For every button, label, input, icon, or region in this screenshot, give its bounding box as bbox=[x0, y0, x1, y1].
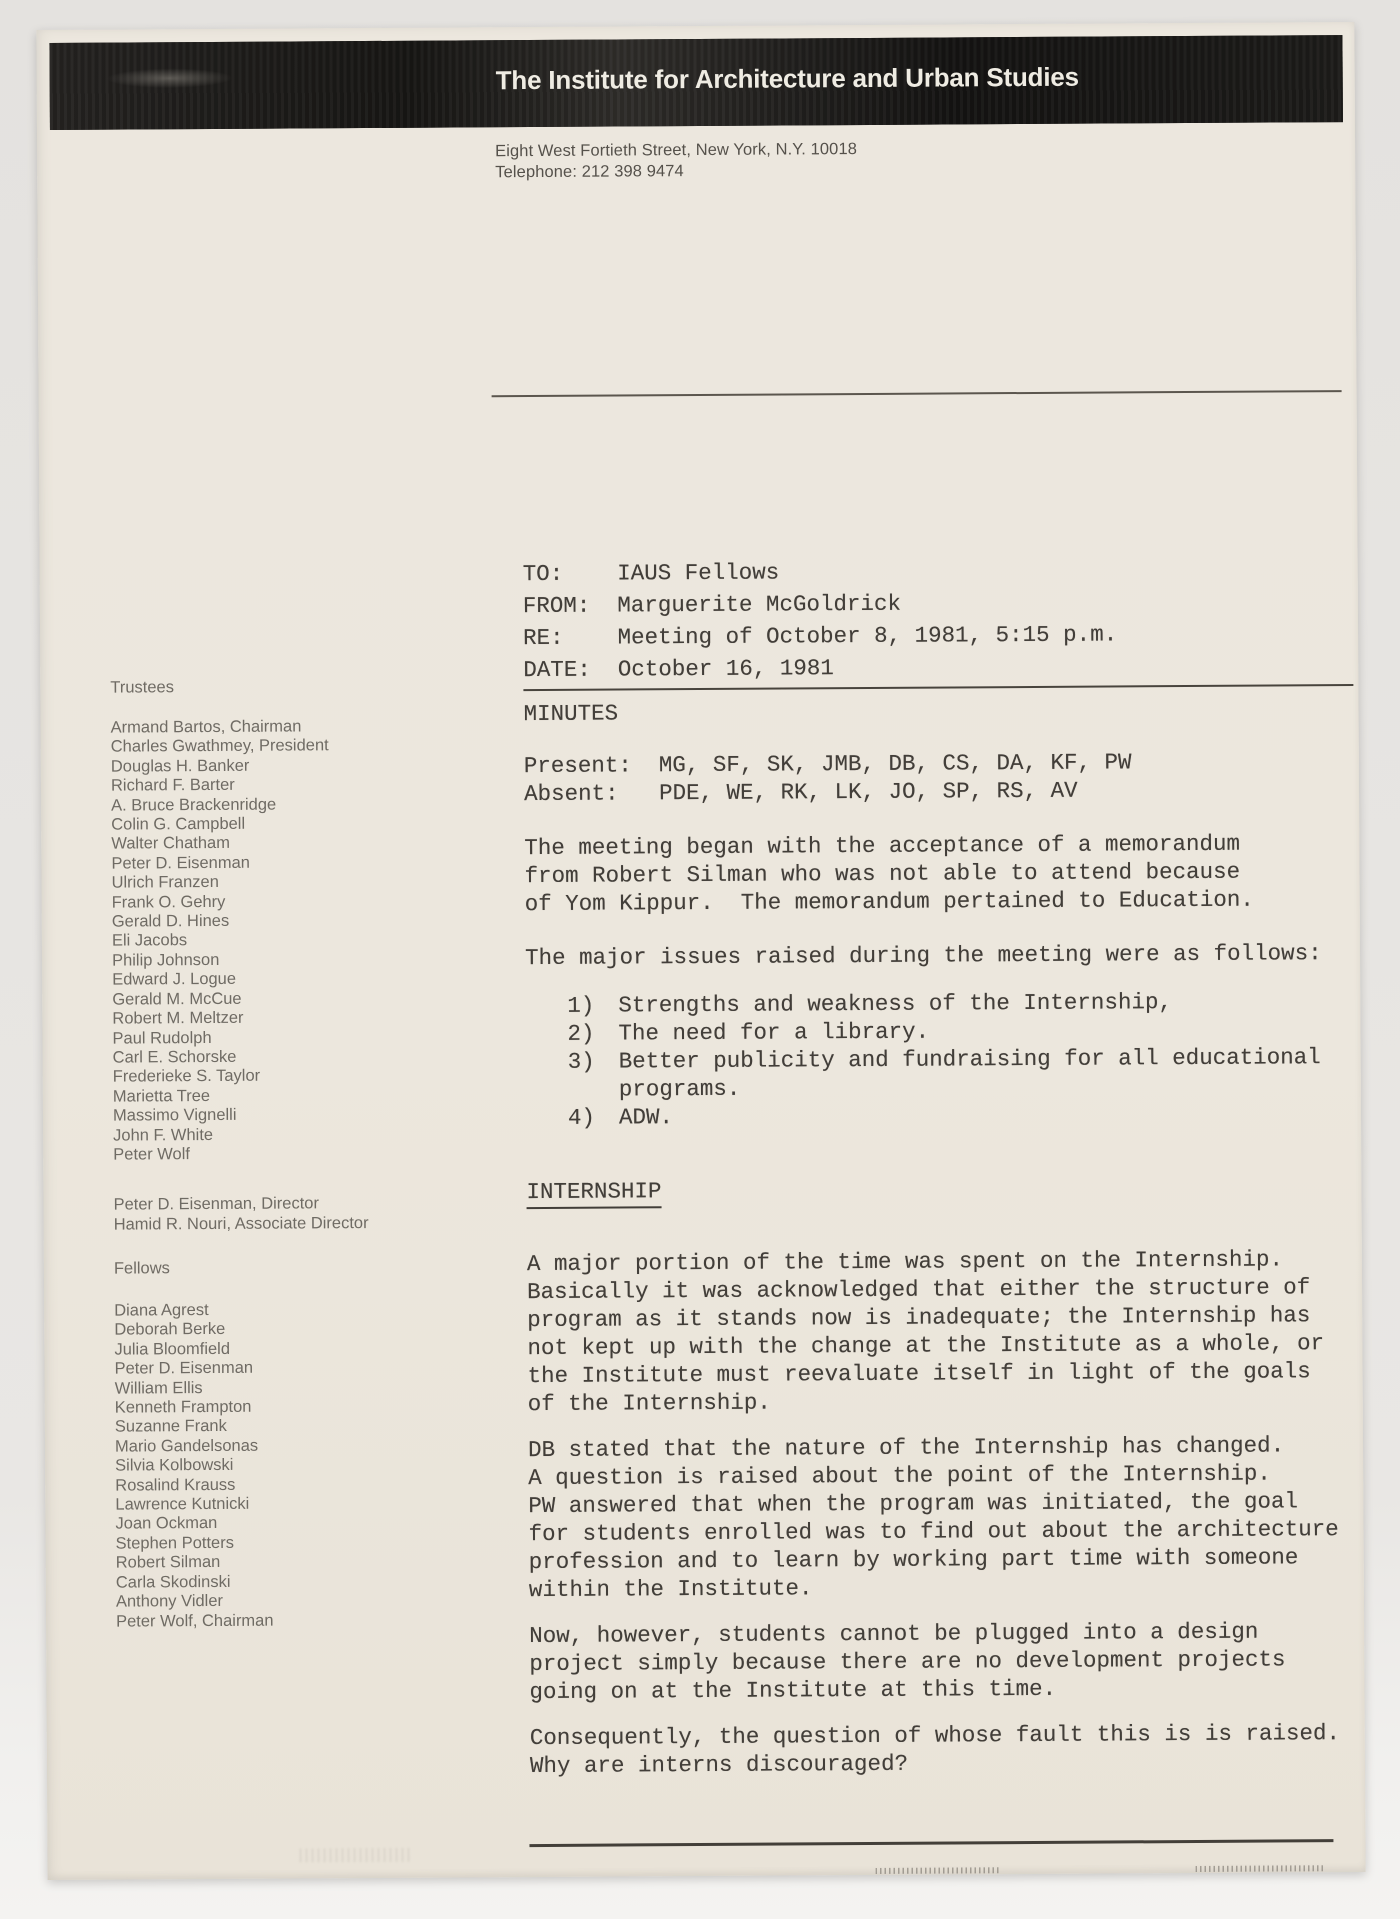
paragraph-issues-intro: The major issues raised during the meeti… bbox=[525, 939, 1355, 972]
trustee-name: Douglas H. Banker bbox=[111, 755, 471, 777]
fellow-name: Julia Bloomfield bbox=[114, 1338, 474, 1360]
trustee-name: Robert M. Meltzer bbox=[112, 1007, 472, 1029]
scan-artifact-smudge bbox=[299, 1848, 409, 1863]
fellow-name: Suzanne Frank bbox=[115, 1416, 475, 1438]
fellow-name: Mario Gandelsonas bbox=[115, 1435, 475, 1457]
internship-section: A major portion of the time was spent on… bbox=[527, 1245, 1360, 1780]
issue-text: Strengths and weakness of the Internship… bbox=[618, 988, 1172, 1019]
issue-number: 4) bbox=[568, 1104, 619, 1132]
memo-body: TO: IAUS Fellows FROM: Marguerite McGold… bbox=[523, 553, 1360, 1780]
trustee-name: Paul Rudolph bbox=[112, 1027, 472, 1049]
internship-heading: INTERNSHIP bbox=[526, 1173, 1356, 1206]
fellow-name: Stephen Potters bbox=[116, 1532, 476, 1554]
memo-header-value: Meeting of October 8, 1981, 5:15 p.m. bbox=[617, 618, 1117, 653]
trustee-name: Gerald M. McCue bbox=[112, 988, 472, 1010]
directors-list: Peter D. Eisenman, DirectorHamid R. Nour… bbox=[113, 1192, 473, 1234]
memo-header-label: TO: bbox=[523, 558, 618, 591]
fellow-name: Diana Agrest bbox=[114, 1299, 474, 1321]
memo-header-row: RE: Meeting of October 8, 1981, 5:15 p.m… bbox=[523, 617, 1353, 654]
internship-heading-text: INTERNSHIP bbox=[526, 1178, 661, 1209]
fellows-heading: Fellows bbox=[114, 1257, 474, 1279]
top-divider bbox=[492, 390, 1342, 397]
trustee-name: Colin G. Campbell bbox=[111, 813, 471, 835]
fellow-name: Lawrence Kutnicki bbox=[115, 1493, 475, 1515]
memo-header-value: Marguerite McGoldrick bbox=[617, 588, 901, 622]
attendance-row: Absent: PDE, WE, RK, LK, JO, SP, RS, AV bbox=[524, 775, 1354, 808]
trustees-heading: Trustees bbox=[110, 676, 470, 698]
issue-number: 3) bbox=[568, 1048, 619, 1104]
attendance-label: Present: bbox=[524, 751, 659, 780]
director-name: Peter D. Eisenman, Director bbox=[113, 1192, 473, 1214]
issue-text: Better publicity and fundraising for all… bbox=[619, 1043, 1321, 1103]
document-page: The Institute for Architecture and Urban… bbox=[36, 22, 1365, 1880]
memo-header-label: DATE: bbox=[523, 654, 618, 687]
fellow-name: Robert Silman bbox=[116, 1552, 476, 1574]
trustee-name: Carl E. Schorske bbox=[113, 1046, 473, 1068]
issue-item: 4) ADW. bbox=[526, 1099, 1356, 1132]
fellow-name: Anthony Vidler bbox=[116, 1590, 476, 1612]
trustee-name: Peter Wolf bbox=[113, 1143, 473, 1165]
fellow-name: Rosalind Krauss bbox=[115, 1474, 475, 1496]
trustee-name: Walter Chatham bbox=[111, 833, 471, 855]
fellow-name: Silvia Kolbowski bbox=[115, 1455, 475, 1477]
memo-header-label: FROM: bbox=[523, 590, 618, 623]
memo-header-row: FROM: Marguerite McGoldrick bbox=[523, 585, 1353, 622]
fellow-name: Peter Wolf, Chairman bbox=[116, 1610, 476, 1632]
director-name: Hamid R. Nouri, Associate Director bbox=[114, 1212, 474, 1234]
issue-text: The need for a library. bbox=[618, 1018, 929, 1048]
memo-header-row: TO: IAUS Fellows bbox=[523, 553, 1353, 590]
attendance-value: MG, SF, SK, JMB, DB, CS, DA, KF, PW bbox=[659, 748, 1132, 779]
fellow-name: William Ellis bbox=[115, 1377, 475, 1399]
trustee-name: John F. White bbox=[113, 1124, 473, 1146]
memo-header-label: RE: bbox=[523, 622, 618, 655]
fellow-name: Peter D. Eisenman bbox=[114, 1358, 474, 1380]
scan-artifact-dots-left bbox=[876, 1867, 1000, 1874]
internship-paragraph: DB stated that the nature of the Interns… bbox=[528, 1431, 1359, 1604]
attendance-block: Present: MG, SF, SK, JMB, DB, CS, DA, KF… bbox=[524, 747, 1354, 808]
issue-number: 1) bbox=[567, 992, 618, 1020]
issue-item: 3) Better publicity and fundraising for … bbox=[526, 1043, 1356, 1104]
trustee-name: Ulrich Franzen bbox=[112, 872, 472, 894]
attendance-label: Absent: bbox=[524, 779, 659, 808]
internship-paragraph: A major portion of the time was spent on… bbox=[527, 1245, 1358, 1418]
fellow-name: Kenneth Frampton bbox=[115, 1396, 475, 1418]
trustee-name: Gerald D. Hines bbox=[112, 910, 472, 932]
trustees-list: Armand Bartos, ChairmanCharles Gwathmey,… bbox=[111, 716, 474, 1165]
letterhead-banner: The Institute for Architecture and Urban… bbox=[49, 35, 1343, 130]
trustee-name: Eli Jacobs bbox=[112, 930, 472, 952]
trustee-name: Richard F. Barter bbox=[111, 775, 471, 797]
memo-header-row: DATE: October 16, 1981 bbox=[523, 649, 1353, 686]
memo-header-value: October 16, 1981 bbox=[618, 652, 834, 685]
attendance-value: PDE, WE, RK, LK, JO, SP, RS, AV bbox=[659, 777, 1078, 808]
trustee-name: Peter D. Eisenman bbox=[111, 852, 471, 874]
letterhead-address: Eight West Fortieth Street, New York, N.… bbox=[495, 139, 857, 183]
fellow-name: Deborah Berke bbox=[114, 1319, 474, 1341]
scan-artifact-dots-right bbox=[1196, 1865, 1326, 1872]
trustee-name: Armand Bartos, Chairman bbox=[111, 716, 471, 738]
trustee-name: Philip Johnson bbox=[112, 949, 472, 971]
memo-header-value: IAUS Fellows bbox=[617, 557, 779, 590]
issue-text: ADW. bbox=[619, 1103, 673, 1131]
trustee-name: Marietta Tree bbox=[113, 1085, 473, 1107]
trustee-name: Massimo Vignelli bbox=[113, 1105, 473, 1127]
bottom-divider bbox=[529, 1839, 1333, 1847]
address-line: Eight West Fortieth Street, New York, N.… bbox=[495, 139, 857, 162]
trustee-name: A. Bruce Brackenridge bbox=[111, 794, 471, 816]
paragraph-meeting-intro: The meeting began with the acceptance of… bbox=[524, 829, 1354, 918]
organization-name: The Institute for Architecture and Urban… bbox=[496, 61, 1079, 96]
fellow-name: Carla Skodinski bbox=[116, 1571, 476, 1593]
fellows-list: Diana AgrestDeborah BerkeJulia Bloomfiel… bbox=[114, 1299, 476, 1631]
trustee-name: Charles Gwathmey, President bbox=[111, 736, 471, 758]
internship-paragraph: Now, however, students cannot be plugged… bbox=[529, 1617, 1359, 1706]
memo-header: TO: IAUS Fellows FROM: Marguerite McGold… bbox=[523, 553, 1354, 686]
trustee-name: Edward J. Logue bbox=[112, 969, 472, 991]
issue-number: 2) bbox=[567, 1020, 618, 1048]
internship-paragraph: Consequently, the question of whose faul… bbox=[530, 1719, 1360, 1780]
minutes-heading: MINUTES bbox=[523, 695, 1353, 728]
trustee-name: Frank O. Gehry bbox=[112, 891, 472, 913]
telephone-line: Telephone: 212 398 9474 bbox=[495, 160, 857, 183]
issues-list: 1) Strengths and weakness of the Interns… bbox=[525, 987, 1356, 1132]
trustee-name: Frederieke S. Taylor bbox=[113, 1066, 473, 1088]
fellow-name: Joan Ockman bbox=[115, 1513, 475, 1535]
